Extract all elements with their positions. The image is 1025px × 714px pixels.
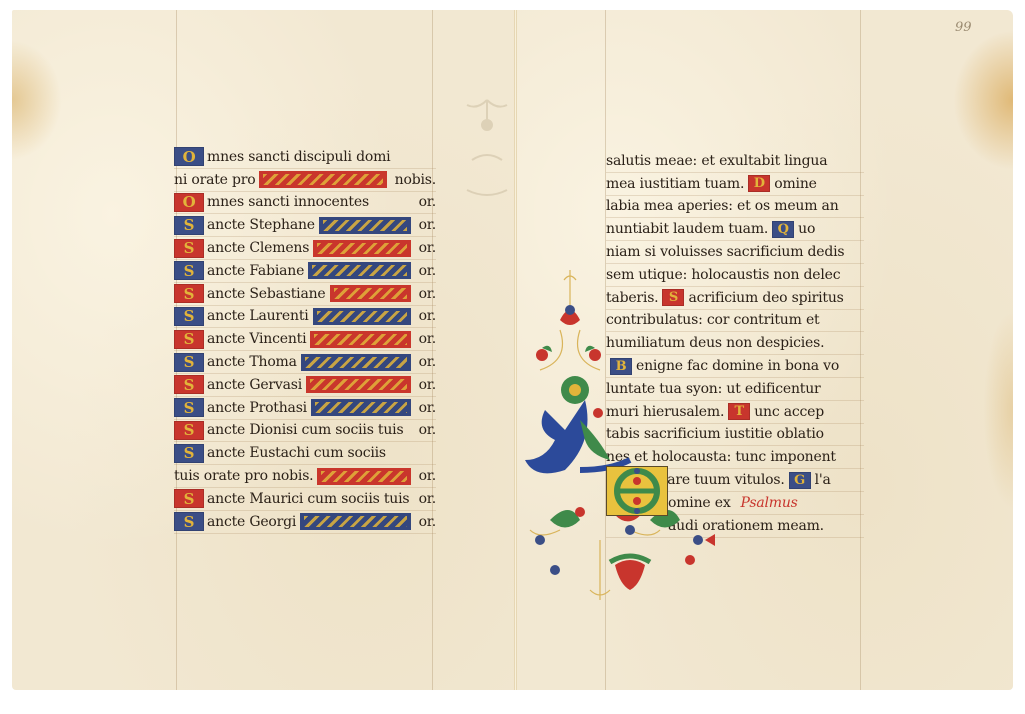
text-line: Sancte Fabianeor. (174, 260, 436, 283)
text-line: Sancte Vincentior. (174, 328, 436, 351)
line-text: mea iustitiam tuam. (606, 176, 744, 192)
line-text: nuntiabit laudem tuam. (606, 221, 768, 237)
historiated-initial (606, 466, 668, 516)
line-filler (330, 285, 411, 302)
line-text: ancte Vincenti (207, 331, 306, 347)
line-filler (301, 354, 411, 371)
line-filler (259, 171, 386, 188)
decorated-initial: T (728, 403, 750, 420)
decorated-initial: S (174, 353, 204, 372)
line-filler (319, 217, 411, 234)
decorated-initial: S (174, 284, 204, 303)
response-text: or. (415, 468, 436, 484)
line-text: ancte Prothasi (207, 400, 307, 416)
line-text: ancte Maurici cum sociis tuis (207, 491, 409, 507)
response-text: or. (415, 286, 436, 302)
text-line: ni orate pronobis. (174, 169, 436, 192)
response-text: or. (415, 217, 436, 233)
decorated-initial: S (174, 489, 204, 508)
text-line: Sancte Clemensor. (174, 237, 436, 260)
decorated-initial: S (174, 216, 204, 235)
text-line: mea iustitiam tuam.Domine (606, 173, 864, 196)
line-text: omine (774, 176, 816, 192)
text-line: Omnes sancti discipuli domi (174, 146, 436, 169)
text-line: Sancte Thomaor. (174, 351, 436, 374)
text-line: Sancte Georgior. (174, 511, 436, 534)
text-line: Sancte Maurici cum sociis tuisor. (174, 488, 436, 511)
line-text: l'a (815, 472, 831, 488)
water-stain (983, 310, 1013, 510)
water-stain (953, 30, 1013, 170)
decorated-initial: Q (772, 221, 794, 238)
text-line: Sancte Dionisi cum sociis tuisor. (174, 420, 436, 443)
water-stain (12, 40, 62, 160)
folio-number: 99 (955, 20, 972, 35)
line-text: ancte Dionisi cum sociis tuis (207, 422, 403, 438)
line-text: ni orate pro (174, 172, 255, 188)
response-text: or. (415, 194, 436, 210)
line-text: ancte Georgi (207, 514, 296, 530)
decorated-initial: S (174, 444, 204, 463)
decorated-initial: S (174, 261, 204, 280)
text-line: Sancte Stephaneor. (174, 214, 436, 237)
text-line: nuntiabit laudem tuam.Quo (606, 218, 864, 241)
line-filler (310, 331, 410, 348)
line-filler (313, 308, 411, 325)
line-filler (311, 399, 411, 416)
response-text: or. (415, 377, 436, 393)
response-text: or. (415, 240, 436, 256)
response-text: or. (415, 400, 436, 416)
line-text: mnes sancti innocentes (207, 194, 369, 210)
rubric-heading: Psalmus (741, 495, 798, 511)
line-filler (317, 468, 410, 485)
line-text: ancte Eustachi cum sociis (207, 445, 386, 461)
text-line: niam si voluisses sacrificium dedis (606, 241, 864, 264)
decorated-initial: S (174, 239, 204, 258)
decorated-initial: D (748, 175, 770, 192)
decorated-initial: S (174, 421, 204, 440)
text-line: Omnes sancti innocentesor. (174, 192, 436, 215)
response-text: or. (415, 354, 436, 370)
text-line: labia mea aperies: et os meum an (606, 196, 864, 219)
text-line: Sancte Laurentior. (174, 306, 436, 329)
line-text: ancte Thoma (207, 354, 297, 370)
left-text-block: Omnes sancti discipuli domini orate pron… (174, 146, 436, 534)
decorated-initial: S (174, 375, 204, 394)
line-text: tuis orate pro nobis. (174, 468, 313, 484)
line-filler (308, 262, 410, 279)
decorated-initial: S (174, 330, 204, 349)
response-text: or. (415, 422, 436, 438)
text-line: tuis orate pro nobis.or. (174, 465, 436, 488)
response-text: or. (415, 331, 436, 347)
line-text: mnes sancti discipuli domi (207, 149, 390, 165)
offset-ink-ghost (457, 80, 517, 230)
line-text: ancte Clemens (207, 240, 309, 256)
line-text: ancte Gervasi (207, 377, 302, 393)
line-text: ancte Laurenti (207, 308, 309, 324)
text-line: Sancte Prothasior. (174, 397, 436, 420)
decorated-initial: S (174, 398, 204, 417)
line-text: ancte Stephane (207, 217, 315, 233)
decorated-initial: G (789, 472, 811, 489)
text-line: Sancte Eustachi cum sociis (174, 442, 436, 465)
line-text: labia mea aperies: et os meum an (606, 198, 839, 214)
floral-border-decoration (520, 270, 720, 610)
line-filler (306, 376, 411, 393)
response-text: or. (415, 514, 436, 530)
gutter-fold (514, 10, 517, 690)
line-text: salutis meae: et exultabit lingua (606, 153, 827, 169)
line-text: ancte Sebastiane (207, 286, 326, 302)
decorated-initial: O (174, 193, 204, 212)
line-text: ancte Fabiane (207, 263, 304, 279)
line-filler (300, 513, 410, 530)
response-text: nobis. (391, 172, 436, 188)
text-line: Sancte Gervasior. (174, 374, 436, 397)
response-text: or. (415, 263, 436, 279)
response-text: or. (415, 308, 436, 324)
line-text: unc accep (754, 404, 824, 420)
decorated-initial: S (174, 512, 204, 531)
decorated-initial: O (174, 147, 204, 166)
text-line: Sancte Sebastianeor. (174, 283, 436, 306)
line-filler (313, 240, 410, 257)
initial-letter-ornament (607, 467, 667, 515)
decorated-initial: S (174, 307, 204, 326)
response-text: or. (415, 491, 436, 507)
text-line: salutis meae: et exultabit lingua (606, 150, 864, 173)
line-text: uo (798, 221, 815, 237)
line-text: niam si voluisses sacrificium dedis (606, 244, 844, 260)
